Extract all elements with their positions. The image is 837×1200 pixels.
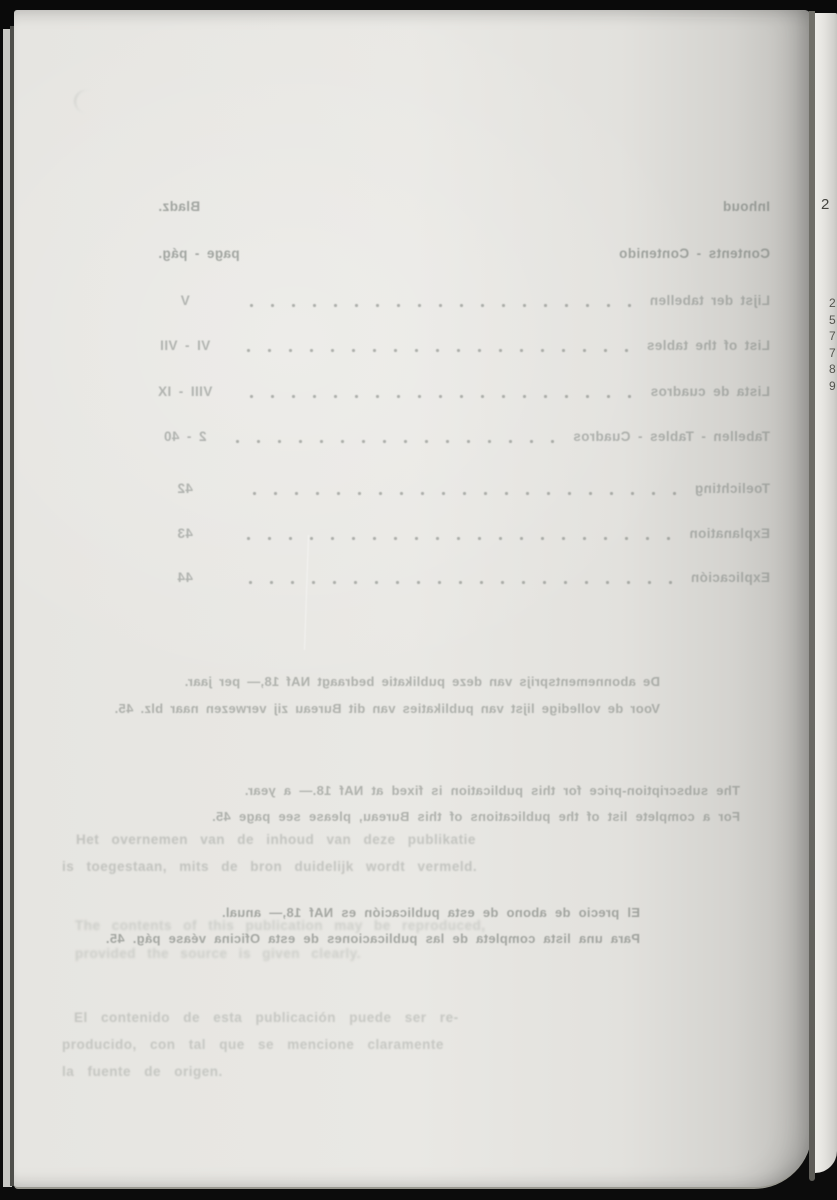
- dotted-leader: [236, 394, 640, 399]
- toc-value: 42: [148, 481, 222, 496]
- subscription-note-dutch-showthrough: De abonnementsprijs van deze publikatie …: [140, 668, 660, 722]
- toc-row: Explicación 44: [148, 570, 770, 587]
- dotted-leader: [236, 580, 681, 585]
- toc-label: List of the tables: [647, 338, 770, 353]
- toc-label: Lijst der tabellen: [650, 293, 770, 308]
- toc-header-row: Inhoud Bladz.: [148, 199, 770, 216]
- note-line: The subscription-price for this publicat…: [222, 778, 740, 804]
- toc-label: Toelichting: [695, 481, 770, 496]
- toc-label: Explanation: [689, 526, 770, 541]
- cropped-digit: 7: [829, 345, 837, 362]
- toc-value: 43: [148, 526, 222, 541]
- toc-value: VIII - IX: [148, 384, 222, 399]
- subscription-note-english-showthrough: The subscription-price for this publicat…: [222, 778, 740, 830]
- toc-value: 2 - 40: [148, 429, 222, 444]
- toc-value: Bladz.: [148, 199, 200, 214]
- toc-row: Toelichting 42: [148, 481, 770, 498]
- toc-value: V: [148, 293, 222, 308]
- ghost-line: El contenido de esta publicación puede s…: [74, 1004, 542, 1031]
- copyright-ghost-dutch: Het overnemen van de inhoud van deze pub…: [62, 826, 502, 880]
- ghost-line: The contents of this publication may be …: [75, 912, 535, 940]
- toc-row: Tabellen - Tables - Cuadros 2 - 40: [148, 429, 770, 446]
- cropped-digit: 9: [829, 378, 837, 395]
- toc-label: Contents - Contenido: [619, 246, 770, 261]
- next-page-sliver: 2 2 5 7 7 8 9: [815, 13, 837, 1173]
- scanned-book-photo: Inhoud Bladz. Contents - Contenido page …: [0, 0, 837, 1200]
- cropped-digit: 8: [829, 361, 837, 378]
- ghost-line: is toegestaan, mits de bron duidelijk wo…: [62, 853, 502, 880]
- scratch-artifact: [304, 535, 309, 650]
- cropped-digit: 7: [829, 328, 837, 345]
- note-line: Voor de volledige lijst van publikaties …: [140, 695, 660, 722]
- copyright-ghost-english: The contents of this publication may be …: [75, 912, 535, 968]
- note-line: De abonnementsprijs van deze publikatie …: [140, 668, 660, 695]
- next-page-cropped-digits: 2 5 7 7 8 9: [829, 295, 837, 394]
- next-page-number: 2: [821, 196, 829, 213]
- ghost-line: provided the source is given clearly.: [75, 940, 535, 968]
- toc-row: Lijst der tabellen V: [148, 293, 770, 310]
- copyright-ghost-spanish: El contenido de esta publicación puede s…: [62, 1004, 542, 1085]
- toc-row: List of the tables VI - VII: [148, 338, 770, 355]
- scanned-page: Inhoud Bladz. Contents - Contenido page …: [14, 10, 812, 1189]
- toc-value: page - pág.: [148, 246, 240, 261]
- toc-value: 44: [148, 570, 222, 585]
- ghost-line: la fuente de origen.: [62, 1058, 542, 1085]
- toc-label: Lista de cuadros: [650, 384, 770, 399]
- ghost-line: producido, con tal que se mencione clara…: [62, 1031, 542, 1058]
- dotted-leader: [236, 348, 637, 353]
- dotted-leader: [236, 536, 679, 541]
- toc-row: Explanation 43: [148, 526, 770, 543]
- dotted-leader: [236, 491, 685, 496]
- toc-label: Explicación: [691, 570, 770, 585]
- toc-header-row: Contents - Contenido page - pág.: [148, 246, 770, 263]
- pencil-smudge: [72, 87, 105, 117]
- toc-label: Inhoud: [723, 199, 770, 214]
- dotted-leader: [236, 439, 563, 444]
- toc-value: VI - VII: [148, 338, 222, 353]
- cropped-digit: 5: [829, 312, 837, 329]
- toc-label: Tabellen - Tables - Cuadros: [573, 429, 770, 444]
- dotted-leader: [236, 303, 640, 308]
- toc-row: Lista de cuadros VIII - IX: [148, 384, 770, 401]
- ghost-line: Het overnemen van de inhoud van deze pub…: [76, 826, 502, 853]
- cropped-digit: 2: [829, 295, 837, 312]
